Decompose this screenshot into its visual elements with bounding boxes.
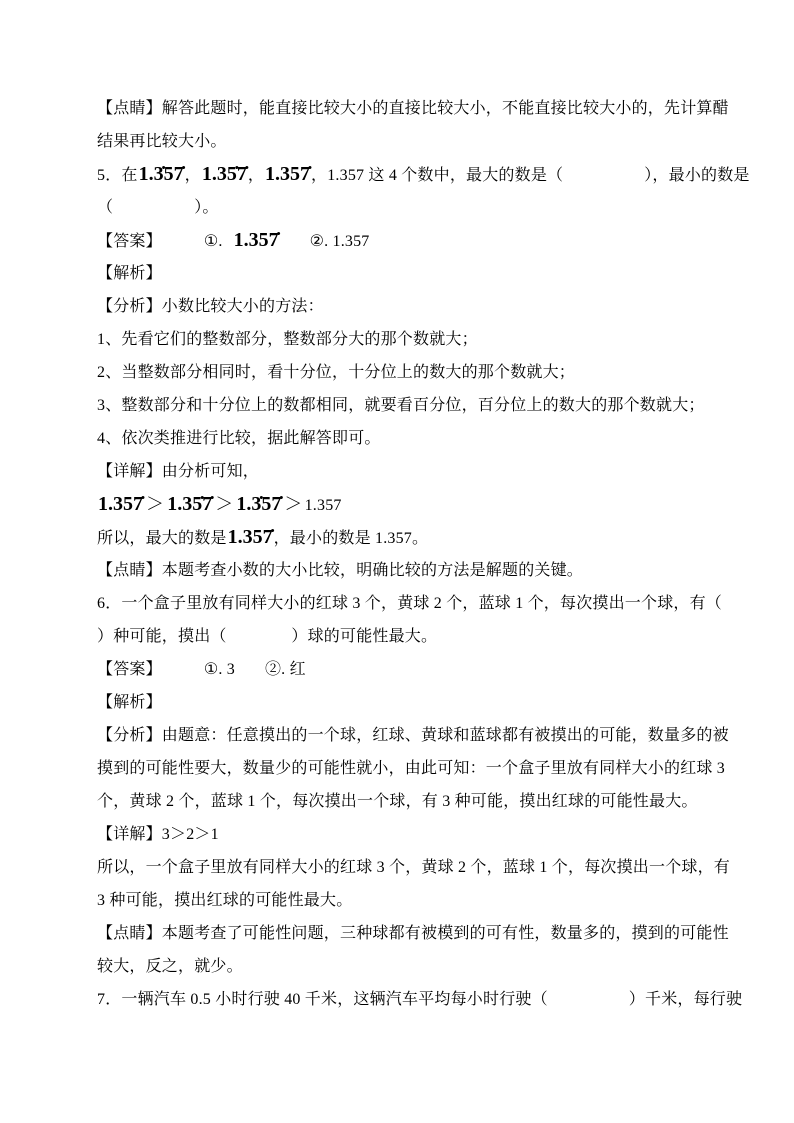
document-page: 【点睛】解答此题时，能直接比较大小的直接比较大小，不能直接比较大小的，先计算醋 … (0, 0, 794, 1123)
fenxi-5-method2: 2、当整数部分相同时，看十分位，十分位上的数大的那个数就大； (97, 356, 702, 389)
suoyi-5-part1: 所以，最大的数是 (97, 530, 227, 547)
answer-label: 【答案】 (97, 661, 162, 678)
repeating-decimal-dot7: 1.357̇ (264, 163, 311, 185)
fenxi-5-method1: 1、先看它们的整数部分，整数部分大的那个数就大； (97, 323, 702, 356)
question-6-line2: ）种可能，摸出（ ）球的可能性最大。 (97, 620, 702, 653)
repeating-decimal-dot7: 1.357̇ (97, 493, 144, 515)
repeating-decimal-dot5-7: 1.35̇7̇ (201, 163, 248, 185)
repeating-decimal-dot5-7: 1.35̇7̇ (166, 493, 213, 515)
dianjing-6-line2: 较大，反之，就少。 (97, 950, 702, 983)
greater-than-sign: ＞ (144, 494, 166, 514)
repeating-decimal-dot7: 1.357̇ (227, 526, 274, 548)
answer-6-line: 【答案】①. 3②. 红 (97, 653, 702, 686)
suoyi-5-line: 所以，最大的数是1.357̇，最小的数是 1.357。 (97, 521, 702, 554)
fenxi-5-method3: 3、整数部分和十分位上的数都相同，就要看百分位，百分位上的数大的那个数就大； (97, 389, 702, 422)
repeating-decimal-dot7: 1.357̇ (233, 229, 280, 251)
paragraph-q4-dianjing-line1: 【点睛】解答此题时，能直接比较大小的直接比较大小，不能直接比较大小的，先计算醋 (97, 92, 702, 125)
question-5-rest: ，1.357 这 4 个数中，最大的数是（ ），最小的数是 (311, 167, 750, 184)
answer-5-line: 【答案】①.1.357̇②. 1.357 (97, 224, 702, 257)
fenxi-6-line1: 【分析】由题意：任意摸出的一个球，红球、黄球和蓝球都有被摸出的可能，数量多的被 (97, 719, 702, 752)
suoyi-6-line2: 3 种可能，摸出红球的可能性最大。 (97, 884, 702, 917)
answer-5-item1-no: ①. (204, 233, 223, 250)
greater-than-sign: ＞ (282, 494, 304, 514)
answer-label: 【答案】 (97, 233, 162, 250)
dianjing-5-line: 【点睛】本题考查小数的大小比较，明确比较的方法是解题的关键。 (97, 554, 702, 587)
question-6-line1: 6．一个盒子里放有同样大小的红球 3 个，黄球 2 个，蓝球 1 个，每次摸出一… (97, 587, 702, 620)
fenxi-5-title: 【分析】小数比较大小的方法： (97, 290, 702, 323)
repeating-decimal-dot3-7: 1.3̇57̇ (235, 493, 282, 515)
answer-6-item1: ①. 3 (204, 661, 235, 678)
greater-than-sign: ＞ (213, 494, 235, 514)
suoyi-6-line1: 所以，一个盒子里放有同样大小的红球 3 个，黄球 2 个，蓝球 1 个，每次摸出… (97, 851, 702, 884)
answer-5-item2: ②. 1.357 (310, 233, 370, 250)
fenxi-5-method4: 4、依次类推进行比较，据此解答即可。 (97, 422, 702, 455)
comma: ， (185, 167, 201, 184)
answer-6-item2: ②. 红 (265, 661, 306, 678)
paragraph-q4-dianjing-line2: 结果再比较大小。 (97, 125, 702, 158)
fenxi-6-line2: 摸到的可能性要大，数量少的可能性就小，由此可知：一个盒子里放有同样大小的红球 3 (97, 752, 702, 785)
question-5-prefix: 5．在 (97, 167, 138, 184)
jiexi-6-label: 【解析】 (97, 686, 702, 719)
fenxi-6-line3: 个，黄球 2 个，蓝球 1 个，每次摸出一个球，有 3 种可能，摸出红球的可能性… (97, 785, 702, 818)
inequality-formula: 1.357̇＞1.35̇7̇＞1.3̇57̇＞1.357 (97, 488, 702, 521)
suoyi-5-part2: ，最小的数是 1.357。 (274, 530, 429, 547)
comma: ， (248, 167, 264, 184)
xiangjie-6-line: 【详解】3＞2＞1 (97, 818, 702, 851)
question-5-line1: 5．在1.3̇57̇，1.35̇7̇，1.357̇，1.357 这 4 个数中，… (97, 158, 702, 191)
dianjing-6-line1: 【点睛】本题考查了可能性问题，三种球都有被模到的可有性，数量多的，摸到的可能性 (97, 917, 702, 950)
jiexi-5-label: 【解析】 (97, 257, 702, 290)
repeating-decimal-dot3-7: 1.3̇57̇ (138, 163, 185, 185)
question-5-line2: （ ）。 (97, 191, 702, 224)
xiangjie-5-intro: 【详解】由分析可知， (97, 455, 702, 488)
question-7-line1: 7．一辆汽车 0.5 小时行驶 40 千米，这辆汽车平均每小时行驶（ ）千米，每… (97, 983, 702, 1016)
plain-decimal: 1.357 (305, 497, 342, 514)
